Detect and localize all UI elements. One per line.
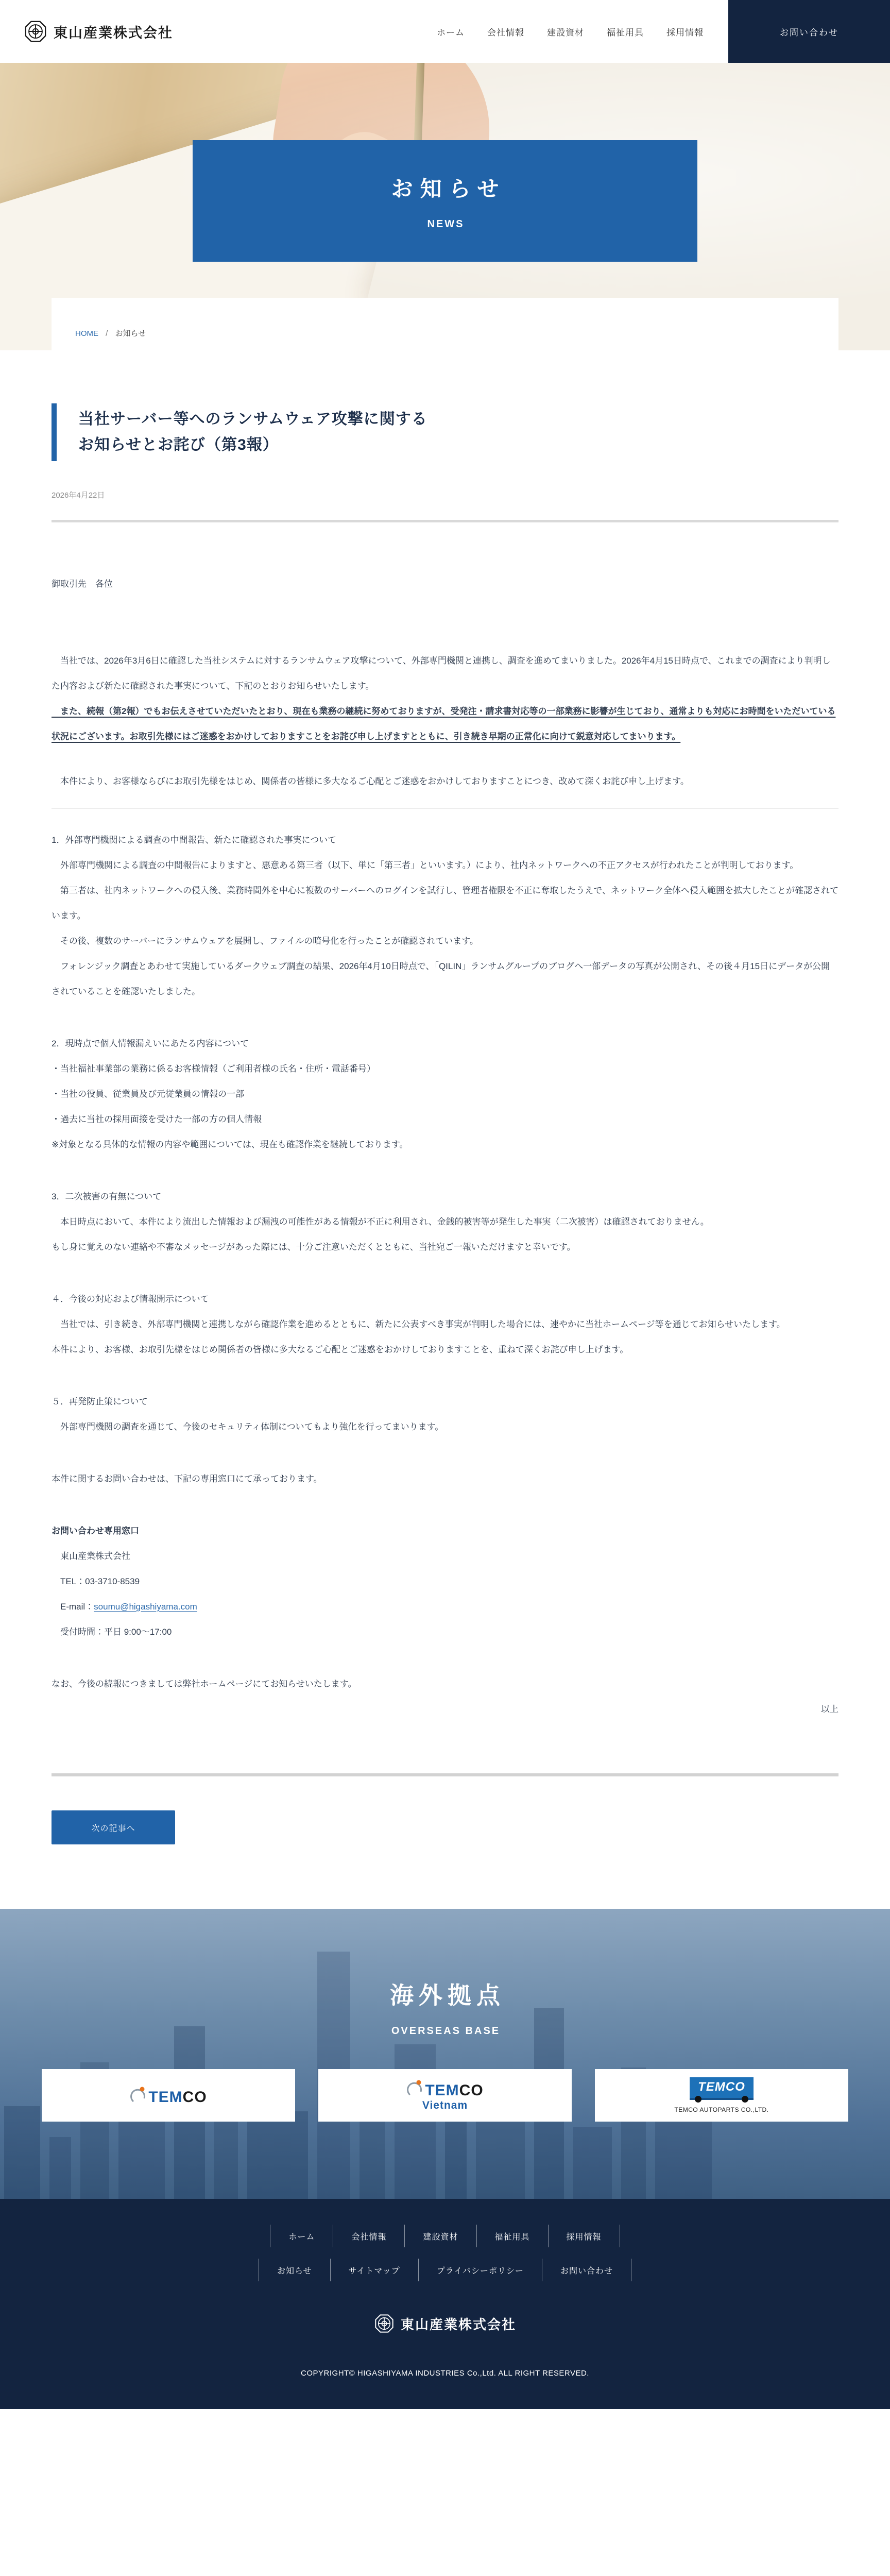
contact-company: 東山産業株式会社 <box>52 1544 838 1569</box>
header-contact-button[interactable]: お問い合わせ <box>728 0 890 63</box>
breadcrumb-separator: / <box>106 329 108 338</box>
article-paragraph: 本件により、お客様、お取引先様をはじめ関係者の皆様に多大なるご心配とご迷惑をおか… <box>52 1337 838 1362</box>
footer-nav-row1: ホーム 会社情報 建設資材 福祉用具 採用情報 <box>0 2225 890 2247</box>
nav-item-company[interactable]: 会社情報 <box>487 25 524 38</box>
article-paragraph: もし身に覚えのない連絡や不審なメッセージがあった際には、十分ご注意いただくととも… <box>52 1234 838 1260</box>
nav-item-recruit[interactable]: 採用情報 <box>666 25 704 38</box>
sign-off: 以上 <box>52 1697 838 1722</box>
company-emblem-icon <box>374 2313 395 2334</box>
article-bullet: ・過去に当社の採用面接を受けた一部の方の個人情報 <box>52 1107 838 1132</box>
contact-email-link[interactable]: soumu@higashiyama.com <box>94 1602 197 1612</box>
temco-vietnam-logo: TEMCO <box>406 2079 483 2098</box>
article-paragraph: フォレンジック調査とあわせて実施しているダークウェブ調査の結果、2026年4月1… <box>52 954 838 1004</box>
divider <box>52 1773 838 1776</box>
footer-nav-construction[interactable]: 建設資材 <box>405 2230 476 2242</box>
overseas-logo-row: TEMCO TEMCO Vietnam TEMCO TEMCO AUTOPART… <box>0 2069 890 2122</box>
page-subtitle: NEWS <box>426 218 465 230</box>
footer-brand-name: 東山産業株式会社 <box>401 2314 516 2333</box>
temco-vietnam-label: Vietnam <box>422 2099 468 2112</box>
article-paragraph: 当社では、引き続き、外部専門機関と連携しながら確認作業を進めるとともに、新たに公… <box>52 1312 838 1337</box>
footer-nav-contact[interactable]: お問い合わせ <box>542 2264 631 2276</box>
nav-item-welfare[interactable]: 福祉用具 <box>607 25 644 38</box>
footer-nav-sitemap[interactable]: サイトマップ <box>331 2264 418 2276</box>
temco-autoparts-logo: TEMCO TEMCO AUTOPARTS CO.,LTD. <box>674 2077 768 2113</box>
breadcrumb-current: お知らせ <box>115 329 146 338</box>
temco-swoosh-icon <box>406 2079 424 2097</box>
brand-name: 東山産業株式会社 <box>54 22 173 42</box>
main-nav: ホーム 会社情報 建設資材 福祉用具 採用情報 <box>437 25 704 38</box>
site-header: 東山産業株式会社 ホーム 会社情報 建設資材 福祉用具 採用情報 お問い合わせ <box>0 0 890 63</box>
temco-text-blue: TEM <box>425 2082 459 2099</box>
overseas-subtitle: OVERSEAS BASE <box>0 2025 890 2037</box>
article-paragraph-emphasized: また、続報（第2報）でもお伝えさせていただいたとおり、現在も業務の継続に努めてお… <box>52 699 838 749</box>
divider <box>52 520 838 522</box>
article-paragraph: 外部専門機関による調査の中間報告によりますと、悪意ある第三者（以下、単に「第三者… <box>52 853 838 878</box>
section-heading: ４．今後の対応および情報開示について <box>52 1286 838 1312</box>
footer-nav-company[interactable]: 会社情報 <box>333 2230 404 2242</box>
contact-email-line: E-mail：soumu@higashiyama.com <box>52 1594 838 1619</box>
overseas-title: 海外拠点 <box>0 1977 890 2011</box>
contact-email-label: E-mail： <box>52 1602 94 1612</box>
footer-nav-home[interactable]: ホーム <box>270 2230 333 2242</box>
temco-text-blue: TEM <box>148 2089 182 2106</box>
brand-logo[interactable]: 東山産業株式会社 <box>0 20 173 43</box>
section-heading: 2．現時点で個人情報漏えいにあたる内容について <box>52 1031 838 1056</box>
nav-item-construction[interactable]: 建設資材 <box>547 25 584 38</box>
overseas-logo-temco-vietnam[interactable]: TEMCO Vietnam <box>318 2069 572 2122</box>
section-heading: ５．再発防止策について <box>52 1389 838 1414</box>
temco-text-black: CO <box>459 2082 484 2099</box>
article-date: 2026年4月22日 <box>52 490 838 501</box>
page-title: お知らせ <box>384 172 506 203</box>
contact-tel: TEL：03-3710-8539 <box>52 1569 838 1594</box>
temco-truck-box: TEMCO <box>690 2077 754 2100</box>
footer-brand: 東山産業株式会社 <box>0 2313 890 2334</box>
article-body: 御取引先 各位 当社では、2026年3月6日に確認した当社システムに対するランサ… <box>52 571 838 1722</box>
article-title-line1: 当社サーバー等へのランサムウェア攻撃に関する <box>78 411 427 428</box>
breadcrumb: HOME / お知らせ <box>52 298 838 338</box>
section-heading: 1．外部専門機関による調査の中間報告、新たに確認された事実について <box>52 827 838 853</box>
next-article-button[interactable]: 次の記事へ <box>52 1810 175 1844</box>
article-title-line2: お知らせとお詫び（第3報） <box>78 436 279 453</box>
contact-intro: 本件に関するお問い合わせは、下記の専用窓口にて承っております。 <box>52 1466 838 1492</box>
content-card: HOME / お知らせ 当社サーバー等へのランサムウェア攻撃に関する お知らせと… <box>52 298 838 1909</box>
footer-nav-welfare[interactable]: 福祉用具 <box>477 2230 548 2242</box>
breadcrumb-home-link[interactable]: HOME <box>75 329 98 338</box>
footer-nav-recruit[interactable]: 採用情報 <box>549 2230 620 2242</box>
article-bullet: ・当社の役員、従業員及び元従業員の情報の一部 <box>52 1081 838 1107</box>
article-paragraph: 第三者は、社内ネットワークへの侵入後、業務時間外を中心に複数のサーバーへのログイ… <box>52 878 838 928</box>
article-bullet: ・当社福祉事業部の業務に係るお客様情報（ご利用者様の氏名・住所・電話番号） <box>52 1056 838 1081</box>
closing-note: なお、今後の続報につきましては弊社ホームページにてお知らせいたします。 <box>52 1671 838 1697</box>
footer-copyright: COPYRIGHT© HIGASHIYAMA INDUSTRIES Co.,Lt… <box>0 2369 890 2378</box>
contact-window-title: お問い合わせ専用窓口 <box>52 1518 838 1544</box>
article-paragraph: 当社では、2026年3月6日に確認した当社システムに対するランサムウェア攻撃につ… <box>52 648 838 699</box>
article-paragraph: 本日時点において、本件により流出した情報および漏洩の可能性がある情報が不正に利用… <box>52 1209 838 1234</box>
article-greeting: 御取引先 各位 <box>52 571 838 597</box>
article-note: ※対象となる具体的な情報の内容や範囲については、現在も確認作業を継続しております… <box>52 1132 838 1157</box>
hero-banner: お知らせ NEWS <box>193 140 697 262</box>
contact-hours: 受付時間：平日 9:00〜17:00 <box>52 1619 838 1645</box>
article-title: 当社サーバー等へのランサムウェア攻撃に関する お知らせとお詫び（第3報） <box>52 403 838 461</box>
site-footer: ホーム 会社情報 建設資材 福祉用具 採用情報 お知らせ サイトマップ プライバ… <box>0 2199 890 2409</box>
footer-nav-privacy[interactable]: プライバシーポリシー <box>419 2264 542 2276</box>
footer-separator <box>620 2225 620 2247</box>
article-paragraph: 本件により、お客様ならびにお取引先様をはじめ、関係者の皆様に多大なるご心配とご迷… <box>52 769 838 794</box>
article-paragraph: その後、複数のサーバーにランサムウェアを展開し、ファイルの暗号化を行ったことが確… <box>52 928 838 954</box>
overseas-logo-temco-autoparts[interactable]: TEMCO TEMCO AUTOPARTS CO.,LTD. <box>595 2069 848 2122</box>
temco-autoparts-caption: TEMCO AUTOPARTS CO.,LTD. <box>674 2106 768 2113</box>
temco-swoosh-icon <box>130 2086 147 2104</box>
temco-text-black: CO <box>183 2089 207 2106</box>
footer-nav-row2: お知らせ サイトマップ プライバシーポリシー お問い合わせ <box>0 2259 890 2281</box>
divider <box>52 808 838 809</box>
section-heading: 3．二次被害の有無について <box>52 1184 838 1209</box>
overseas-inner: 海外拠点 OVERSEAS BASE TEMCO TEMCO Vietnam T… <box>0 1909 890 2122</box>
temco-logo: TEMCO <box>130 2086 207 2105</box>
footer-separator <box>631 2259 631 2281</box>
company-emblem-icon <box>24 20 47 43</box>
article-paragraph: 外部専門機関の調査を通じて、今後のセキュリティ体制についてもより強化を行ってまい… <box>52 1414 838 1439</box>
footer-nav-news[interactable]: お知らせ <box>259 2264 330 2276</box>
overseas-section: 海外拠点 OVERSEAS BASE TEMCO TEMCO Vietnam T… <box>0 1909 890 2199</box>
overseas-logo-temco[interactable]: TEMCO <box>42 2069 295 2122</box>
nav-item-home[interactable]: ホーム <box>437 25 465 38</box>
